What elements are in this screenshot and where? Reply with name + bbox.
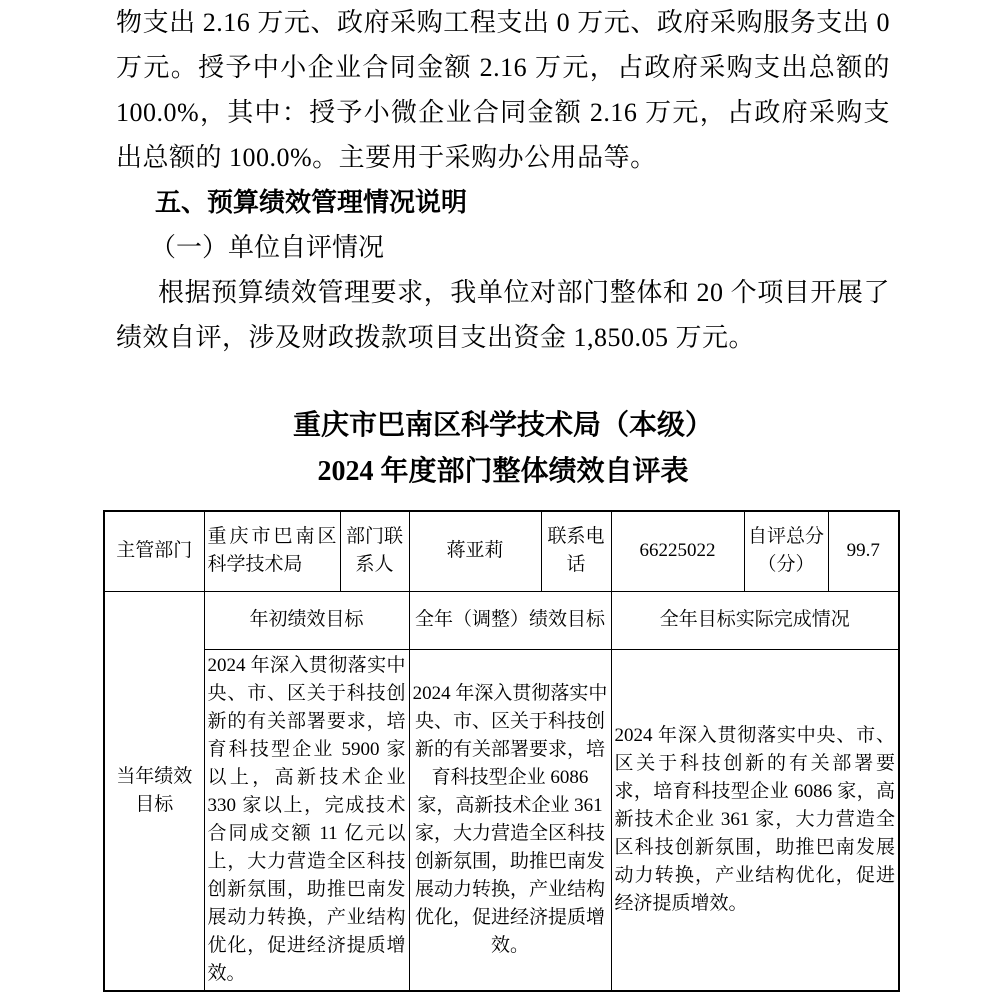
table-title-line2: 2024 年度部门整体绩效自评表 <box>116 449 890 495</box>
contact-value-cell: 蒋亚莉 <box>409 511 541 591</box>
goal-actual-cell: 2024 年深入贯彻落实中央、市、区关于科技创新的有关部署要求，培育科技型企业 … <box>611 649 899 991</box>
goal-row-label-cell: 当年绩效目标 <box>104 591 204 991</box>
paragraph-self-eval: 根据预算绩效管理要求，我单位对部门整体和 20 个项目开展了绩效自评，涉及财政拨… <box>116 270 890 360</box>
dept-value-cell: 重庆市巴南区科学技术局 <box>204 511 340 591</box>
score-label-cell: 自评总分（分） <box>744 511 828 591</box>
phone-value-cell: 66225022 <box>611 511 744 591</box>
goal-adjusted-cell: 2024 年深入贯彻落实中央、市、区关于科技创新的有关部署要求，培育科技型企业 … <box>409 649 611 991</box>
goal-initial-header-cell: 年初绩效目标 <box>204 591 409 649</box>
goal-content-row: 2024 年深入贯彻落实中央、市、区关于科技创新的有关部署要求，培育科技型企业 … <box>104 649 899 991</box>
table-title-line1: 重庆市巴南区科学技术局（本级） <box>116 403 890 449</box>
goal-actual-header-cell: 全年目标实际完成情况 <box>611 591 899 649</box>
table-header-row: 主管部门 重庆市巴南区科学技术局 部门联系人 蒋亚莉 联系电话 66225022… <box>104 511 899 591</box>
subsection-heading: （一）单位自评情况 <box>116 225 890 270</box>
goal-initial-cell: 2024 年深入贯彻落实中央、市、区关于科技创新的有关部署要求，培育科技型企业 … <box>204 649 409 991</box>
text-column: 物支出 2.16 万元、政府采购工程支出 0 万元、政府采购服务支出 0 万元。… <box>116 0 890 992</box>
contact-label-cell: 部门联系人 <box>340 511 409 591</box>
goal-header-row: 当年绩效目标 年初绩效目标 全年（调整）绩效目标 全年目标实际完成情况 <box>104 591 899 649</box>
table-title: 重庆市巴南区科学技术局（本级） 2024 年度部门整体绩效自评表 <box>116 403 890 495</box>
paragraph-procurement: 物支出 2.16 万元、政府采购工程支出 0 万元、政府采购服务支出 0 万元。… <box>116 0 890 180</box>
self-evaluation-table: 主管部门 重庆市巴南区科学技术局 部门联系人 蒋亚莉 联系电话 66225022… <box>103 510 900 992</box>
document-page: 物支出 2.16 万元、政府采购工程支出 0 万元、政府采购服务支出 0 万元。… <box>0 0 1000 992</box>
section-heading: 五、预算绩效管理情况说明 <box>116 180 890 225</box>
phone-label-cell: 联系电话 <box>541 511 611 591</box>
score-value-cell: 99.7 <box>828 511 899 591</box>
dept-label-cell: 主管部门 <box>104 511 204 591</box>
goal-adjusted-header-cell: 全年（调整）绩效目标 <box>409 591 611 649</box>
